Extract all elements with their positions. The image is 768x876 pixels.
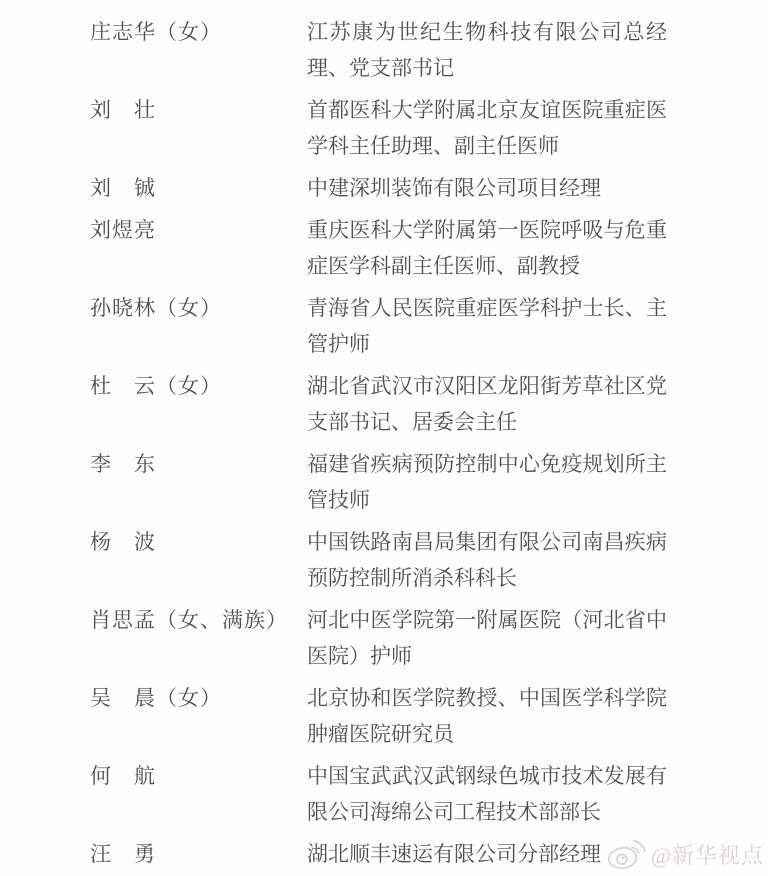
honoree-row: 刘煜亮 重庆医科大学附属第一医院呼吸与危重症医学科副主任医师、副教授 <box>90 212 768 284</box>
honoree-row: 李 东 福建省疾病预防控制中心免疫规划所主管技师 <box>90 446 768 518</box>
honoree-name: 刘煜亮 <box>90 212 307 248</box>
honoree-name: 李 东 <box>90 446 307 482</box>
honoree-list: 庄志华（女） 江苏康为世纪生物科技有限公司总经理、党支部书记 刘 壮 首都医科大… <box>90 14 768 872</box>
honoree-description: 北京协和医学院教授、中国医学科学院肿瘤医院研究员 <box>307 680 667 752</box>
honoree-row: 杜 云（女） 湖北省武汉市汉阳区龙阳街芳草社区党支部书记、居委会主任 <box>90 368 768 440</box>
weibo-icon <box>603 835 647 873</box>
honoree-row: 吴 晨（女） 北京协和医学院教授、中国医学科学院肿瘤医院研究员 <box>90 680 768 752</box>
honoree-row: 杨 波 中国铁路南昌局集团有限公司南昌疾病预防控制所消杀科科长 <box>90 524 768 596</box>
honoree-name: 刘 铖 <box>90 170 307 206</box>
honoree-row: 孙晓林（女） 青海省人民医院重症医学科护士长、主管护师 <box>90 290 768 362</box>
honoree-description: 中建深圳装饰有限公司项目经理 <box>307 170 667 206</box>
honoree-description: 中国铁路南昌局集团有限公司南昌疾病预防控制所消杀科科长 <box>307 524 667 596</box>
honoree-row: 庄志华（女） 江苏康为世纪生物科技有限公司总经理、党支部书记 <box>90 14 768 86</box>
honoree-description: 青海省人民医院重症医学科护士长、主管护师 <box>307 290 667 362</box>
document-page: 庄志华（女） 江苏康为世纪生物科技有限公司总经理、党支部书记 刘 壮 首都医科大… <box>0 0 768 876</box>
honoree-description: 重庆医科大学附属第一医院呼吸与危重症医学科副主任医师、副教授 <box>307 212 667 284</box>
honoree-name: 杜 云（女） <box>90 368 307 404</box>
honoree-description: 河北中医学院第一附属医院（河北省中医院）护师 <box>307 602 667 674</box>
honoree-description: 中国宝武武汉武钢绿色城市技术发展有限公司海绵公司工程技术部部长 <box>307 758 667 830</box>
honoree-name: 肖思孟（女、满族） <box>90 602 307 638</box>
watermark-handle: @新华视点 <box>651 839 764 870</box>
honoree-row: 刘 铖 中建深圳装饰有限公司项目经理 <box>90 170 768 206</box>
watermark: @新华视点 <box>603 835 764 873</box>
honoree-row: 何 航 中国宝武武汉武钢绿色城市技术发展有限公司海绵公司工程技术部部长 <box>90 758 768 830</box>
honoree-name: 汪 勇 <box>90 836 307 872</box>
honoree-name: 何 航 <box>90 758 307 794</box>
honoree-name: 孙晓林（女） <box>90 290 307 326</box>
honoree-description: 江苏康为世纪生物科技有限公司总经理、党支部书记 <box>307 14 667 86</box>
honoree-description: 福建省疾病预防控制中心免疫规划所主管技师 <box>307 446 667 518</box>
honoree-description: 首都医科大学附属北京友谊医院重症医学科主任助理、副主任医师 <box>307 92 667 164</box>
honoree-name: 杨 波 <box>90 524 307 560</box>
honoree-name: 庄志华（女） <box>90 14 307 50</box>
honoree-name: 刘 壮 <box>90 92 307 128</box>
honoree-row: 肖思孟（女、满族） 河北中医学院第一附属医院（河北省中医院）护师 <box>90 602 768 674</box>
honoree-description: 湖北省武汉市汉阳区龙阳街芳草社区党支部书记、居委会主任 <box>307 368 667 440</box>
honoree-row: 刘 壮 首都医科大学附属北京友谊医院重症医学科主任助理、副主任医师 <box>90 92 768 164</box>
honoree-name: 吴 晨（女） <box>90 680 307 716</box>
